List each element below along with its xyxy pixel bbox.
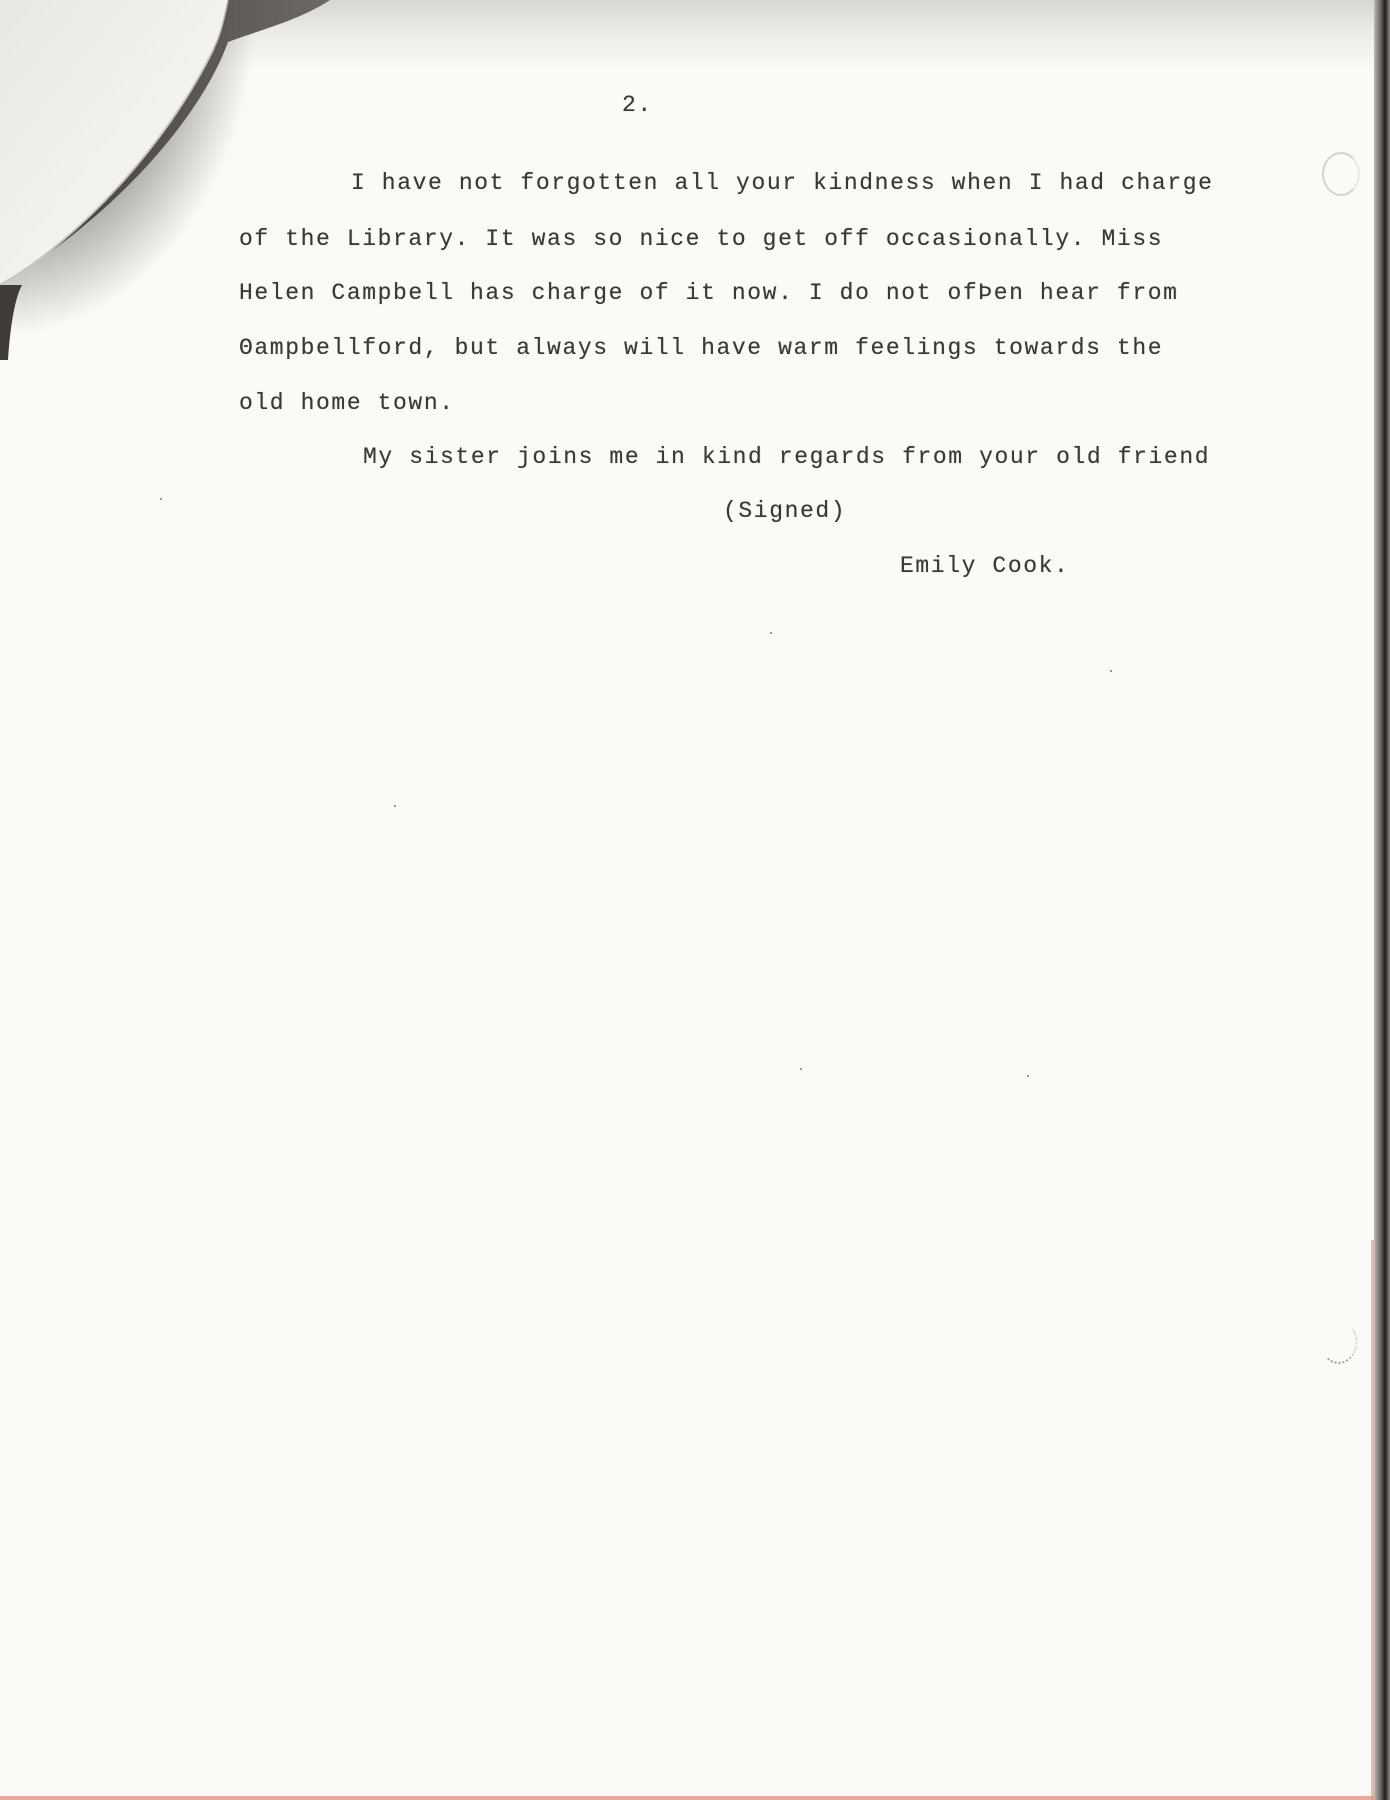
binding-edge bbox=[1374, 0, 1390, 1800]
edge-color-tint bbox=[1371, 1240, 1374, 1800]
scanned-page: 2. I have not forgotten all your kindnes… bbox=[0, 0, 1390, 1800]
body-line-5: old home town. bbox=[239, 392, 455, 415]
body-line-1: I have not forgotten all your kindness w… bbox=[351, 172, 1214, 195]
paper-speck bbox=[800, 1068, 802, 1070]
punch-hole-mark bbox=[1320, 1320, 1357, 1364]
paper-speck bbox=[1027, 1075, 1029, 1077]
body-line-4: Θampbellford, but always will have warm … bbox=[239, 337, 1163, 360]
closing-line: My sister joins me in kind regards from … bbox=[363, 446, 1210, 469]
body-line-2: of the Library. It was so nice to get of… bbox=[239, 228, 1163, 251]
paper-speck bbox=[770, 632, 772, 634]
paper-speck bbox=[160, 498, 162, 500]
page-number: 2. bbox=[622, 94, 653, 117]
signatory-name: Emily Cook. bbox=[900, 555, 1069, 578]
punch-hole-mark bbox=[1322, 152, 1360, 196]
paper-speck bbox=[1110, 670, 1112, 672]
body-line-3: Helen Campbell has charge of it now. I d… bbox=[239, 282, 1179, 305]
signed-note: (Signed) bbox=[723, 500, 846, 523]
bottom-color-tint bbox=[0, 1796, 1374, 1800]
paper-speck bbox=[394, 805, 396, 807]
